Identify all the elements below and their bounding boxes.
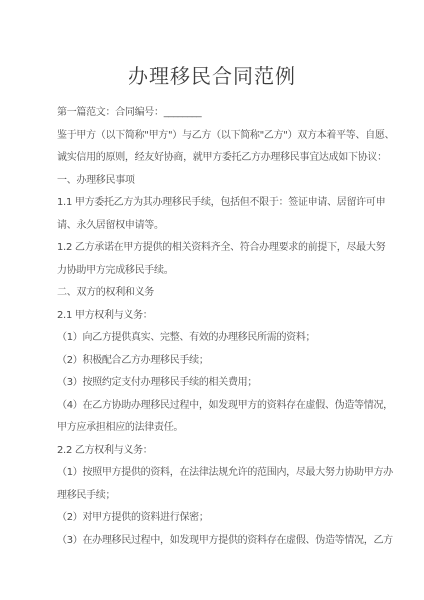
document-line: （3）在办理移民过程中，如发现甲方提供的资料存在虚假、伪造等情况，乙方 — [57, 530, 378, 553]
page-title: 办理移民合同范例 — [0, 0, 424, 90]
document-page: 办理移民合同范例 第一篇范文：合同编号：________ 鉴于甲方（以下简称"甲… — [0, 0, 424, 600]
document-line: 力协助甲方完成移民手续。 — [57, 260, 378, 283]
document-line: 理移民手续； — [57, 485, 378, 508]
document-line: 甲方应承担相应的法律责任。 — [57, 417, 378, 440]
document-line: 请、永久居留权申请等。 — [57, 215, 378, 238]
document-line: （2）积极配合乙方办理移民手续； — [57, 350, 378, 373]
document-section-heading: 二、双方的权利和义务 — [57, 282, 378, 305]
document-line: 诚实信用的原则，经友好协商，就甲方委托乙方办理移民事宜达成如下协议： — [57, 147, 378, 170]
document-line: （1）按照甲方提供的资料，在法律法规允许的范围内，尽最大努力协助甲方办 — [57, 462, 378, 485]
document-line: 1.1 甲方委托乙方为其办理移民手续，包括但不限于：签证申请、居留许可申 — [57, 192, 378, 215]
document-line: （4）在乙方协助办理移民过程中，如发现甲方的资料存在虚假、伪造等情况， — [57, 395, 378, 418]
document-line: （3）按照约定支付办理移民手续的相关费用； — [57, 372, 378, 395]
document-line: 1.2 乙方承诺在甲方提供的相关资料齐全、符合办理要求的前提下，尽最大努 — [57, 237, 378, 260]
document-line-contract-number: 第一篇范文：合同编号：________ — [57, 102, 378, 125]
document-line: （1）向乙方提供真实、完整、有效的办理移民所需的资料； — [57, 327, 378, 350]
document-section-heading: 一、办理移民事项 — [57, 170, 378, 193]
document-subsection-heading: 2.2 乙方权利与义务： — [57, 440, 378, 463]
document-body: 第一篇范文：合同编号：________ 鉴于甲方（以下简称"甲方"）与乙方（以下… — [57, 102, 378, 552]
document-line: 鉴于甲方（以下简称"甲方"）与乙方（以下简称"乙方"）双方本着平等、自愿、 — [57, 125, 378, 148]
document-subsection-heading: 2.1 甲方权利与义务： — [57, 305, 378, 328]
document-line: （2）对甲方提供的资料进行保密； — [57, 507, 378, 530]
